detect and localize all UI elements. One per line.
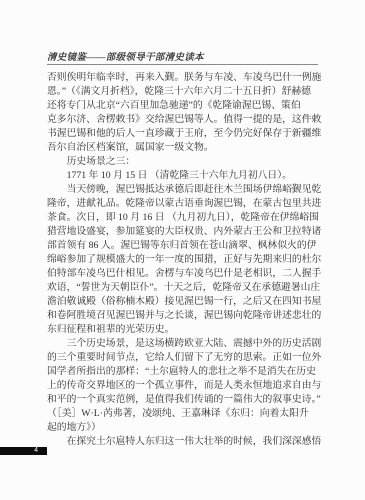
text-line: 历史场景之三：: [47, 155, 318, 169]
text-line: 和平的一个真实范例，是值得我们传诵的一篇伟大的叙事史诗。”: [47, 393, 318, 407]
text-line: 澹泊敬诚殿（俗称楠木殿）接见渥巴锡一行，之后又在四知书屋: [47, 295, 318, 309]
text-line: 茶食。次日，即 10 月 16 日 （九月初九日），乾隆帝在伊绵峪围: [47, 211, 318, 225]
text-line: （［美］W·L·芮弗著，凌颂纯、王嘉琳译《东归：向着太阳升: [47, 407, 318, 421]
text-line: 东归征程和祖辈的光荣历史。: [47, 323, 318, 337]
folio-bar: 4: [0, 447, 47, 455]
text-line: 否则俟明年临幸时，再来入觐。朕务与车凌、车凌乌巴什一例施: [47, 71, 318, 85]
page-number: 4: [34, 447, 38, 454]
text-line: 的三个重要时间节点，它给人们留下了无穷的思索。正如一位外: [47, 351, 318, 365]
running-head-title: 清史镜鉴——部级领导干部清史读本: [47, 49, 204, 63]
text-line: 书渥巴锡和他的后人一直珍藏于王府，至今仍完好保存于新疆维: [47, 127, 318, 141]
text-line: 吾尔自治区档案馆，属国家一级文物。: [47, 141, 318, 155]
text-line: 上的传奇交界地区的一个孤立事件，而是人类永恒地追求自由与: [47, 379, 318, 393]
header-rule-divider: [47, 64, 318, 65]
text-line: 隆帝，进献礼品。乾隆帝以蒙古语垂询渥巴锡，在蒙古包里共进: [47, 197, 318, 211]
text-line: 国学者所指出的那样：“土尔扈特人的悲壮之举不是消失在历史: [47, 365, 318, 379]
text-line: 恩。”（《满文月折档》，乾隆三十六年六月二十五日折）舒赫德: [47, 85, 318, 99]
text-line: 猎营地设盛宴，参加筵宴的大臣权贵、内外蒙古王公和卫拉特诸: [47, 225, 318, 239]
text-line: 当天傍晚，渥巴锡抵达承德后即赶往木兰围场伊绵峪觐见乾: [47, 183, 318, 197]
book-page: 清史镜鉴——部级领导干部清史读本 否则俟明年临幸时，再来入觐。朕务与车凌、车凌乌…: [0, 0, 365, 500]
text-line: 在探究土尔扈特人东归这一伟大壮举的时候，我们深深感悟: [47, 435, 318, 449]
text-line: 还将专门从北京“六百里加急驰递”的《乾隆谕渥巴锡、策伯: [47, 99, 318, 113]
body-text: 否则俟明年临幸时，再来入觐。朕务与车凌、车凌乌巴什一例施恩。”（《满文月折档》，…: [47, 71, 318, 449]
text-line: 伯特部车凌乌巴什相见。舍楞与车凌乌巴什是老相识，二人握手: [47, 267, 318, 281]
text-line: 三个历史场景，是这场横跨欧亚大陆、震撼中外的历史活剧: [47, 337, 318, 351]
text-line: 和卷阿胜境召见渥巴锡并与之长谈，渥巴锡向乾隆帝讲述悲壮的: [47, 309, 318, 323]
text-line: 绵峪参加了规模盛大的一年一度的围猎，正好与先期来归的杜尔: [47, 253, 318, 267]
text-line: 起的地方》）: [47, 421, 318, 435]
text-line: 欢语，“誓世为天朝臣仆”。十天之后，乾隆帝又在承德避暑山庄: [47, 281, 318, 295]
text-line: 部首领有 86 人。渥巴锡等东归首领在苍山滴翠、枫林似火的伊: [47, 239, 318, 253]
text-line: 克多尔济、舍楞敕书》交给渥巴锡等人。值得一提的是，这件敕: [47, 113, 318, 127]
text-line: 1771 年 10 月 15 日 （清乾隆三十六年九月初八日）。: [47, 169, 318, 183]
